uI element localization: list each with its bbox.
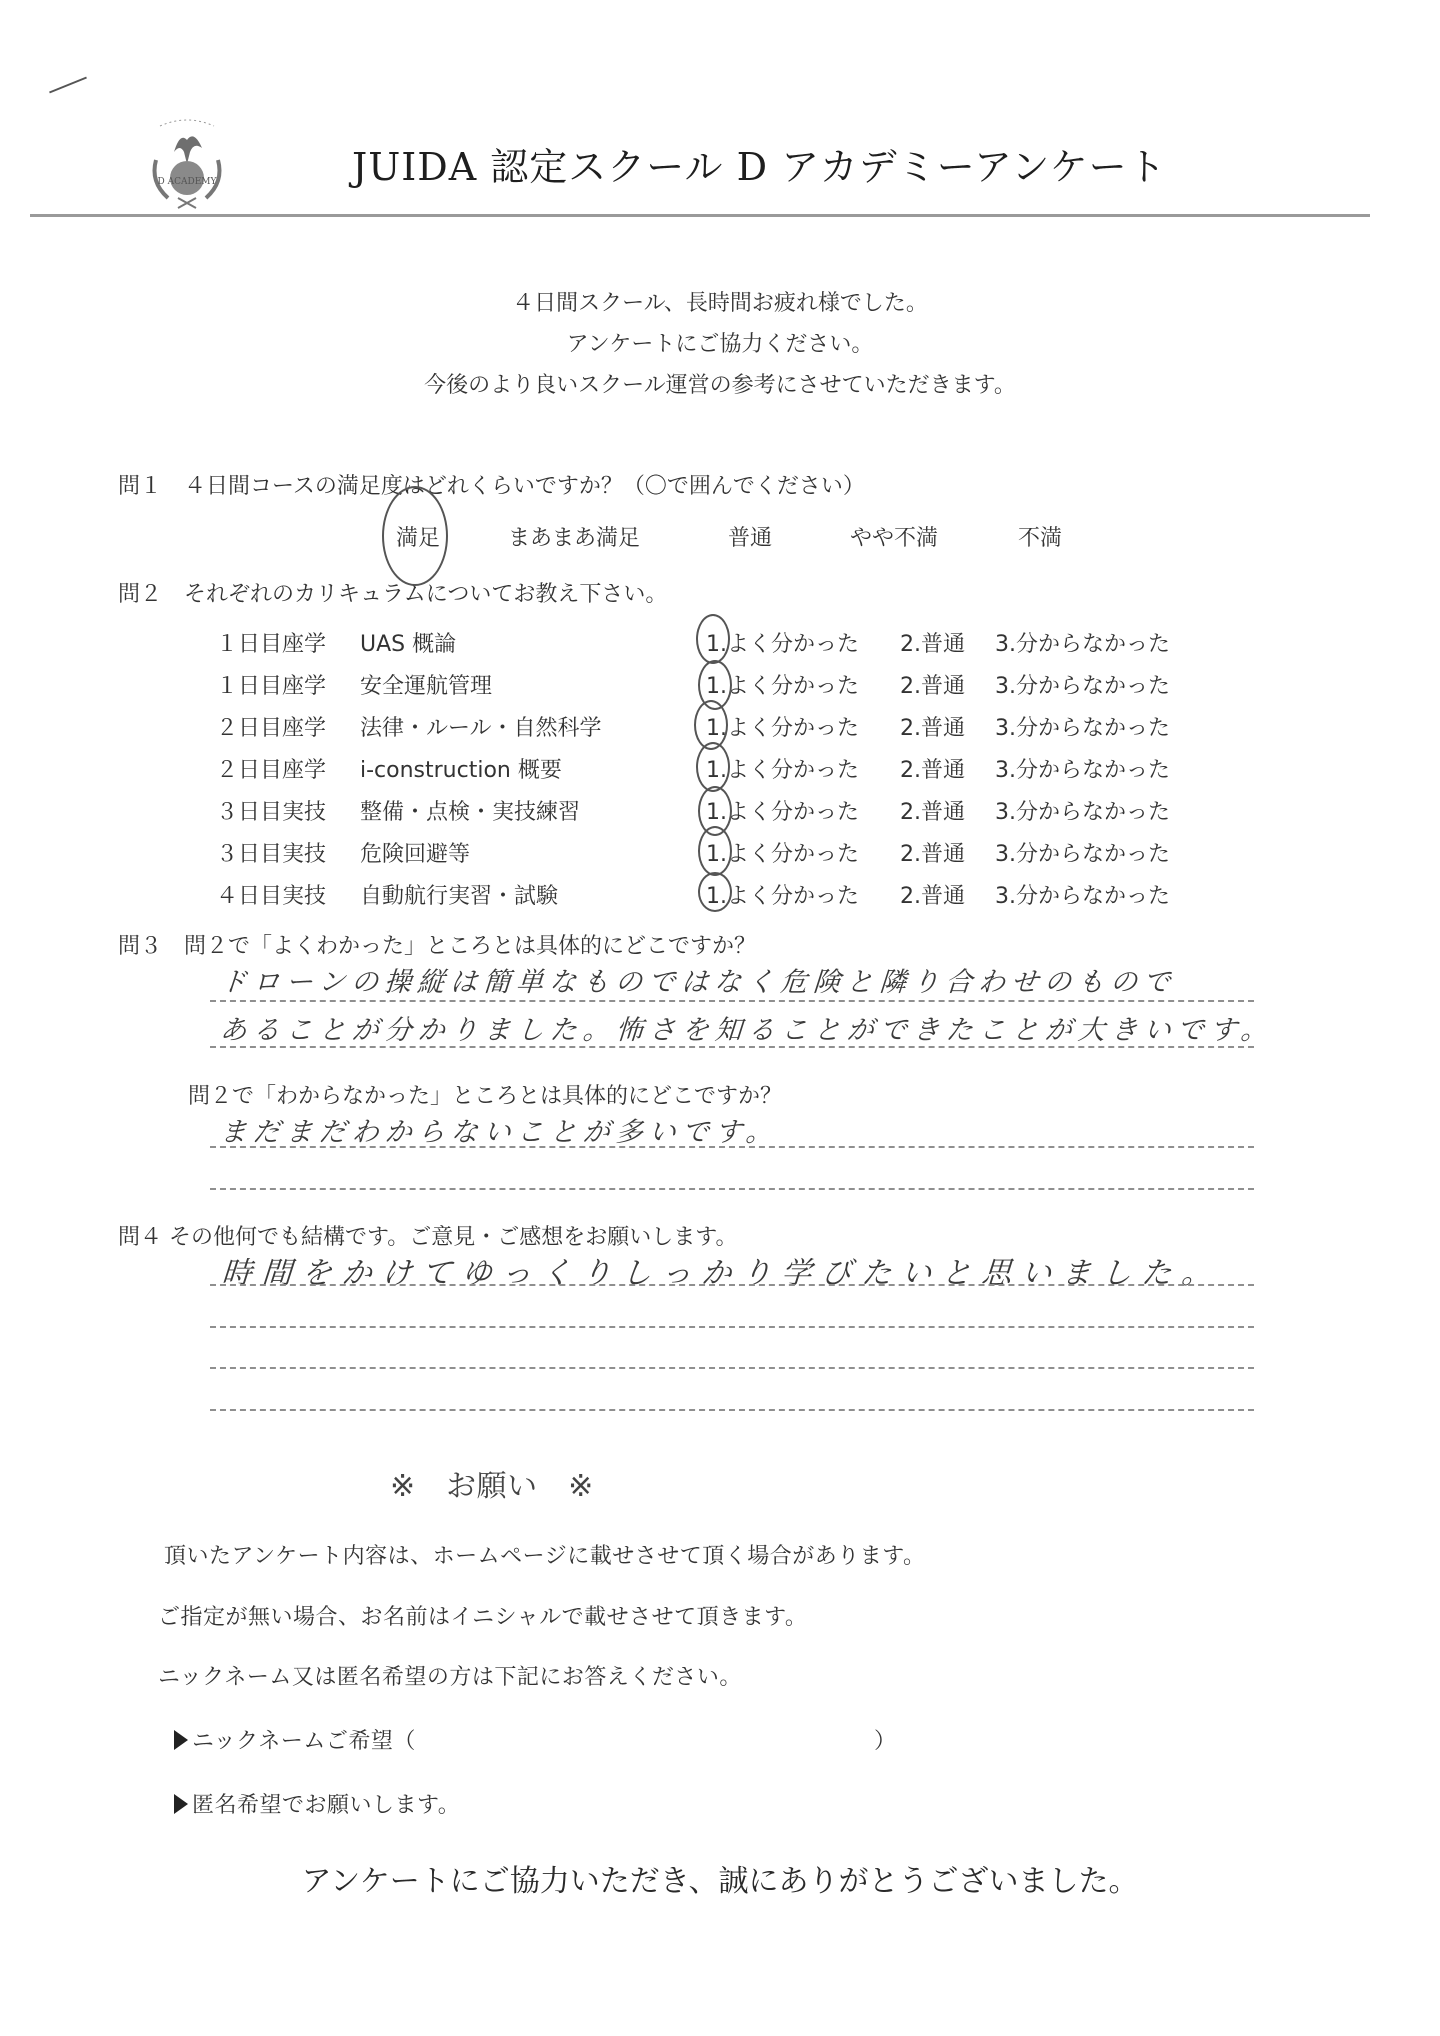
crest-icon: D ACADEMY bbox=[140, 112, 234, 212]
answer-not-understood[interactable]: 3.分からなかった bbox=[995, 753, 1170, 784]
answer-neutral[interactable]: 2.普通 bbox=[900, 795, 965, 826]
svg-text:D ACADEMY: D ACADEMY bbox=[158, 177, 218, 187]
academy-logo: D ACADEMY bbox=[140, 112, 234, 212]
curriculum-day: ２日目座学 bbox=[216, 711, 326, 742]
curriculum-subject: 自動航行実習・試験 bbox=[360, 879, 558, 910]
request-line-1: 頂いたアンケート内容は、ホームページに載せさせて頂く場合があります。 bbox=[164, 1539, 925, 1570]
answer-line-rule bbox=[210, 1409, 1254, 1411]
q3-sub-label: 問２で「わからなかった」ところとは具体的にどこですか？ bbox=[188, 1079, 782, 1110]
nickname-close-paren: ） bbox=[874, 1724, 897, 1755]
answer-neutral[interactable]: 2.普通 bbox=[900, 837, 965, 868]
q3-answer-line-2[interactable]: あることが分かりました。怖さを知ることができたことが大きいです。 bbox=[219, 1008, 1276, 1047]
answer-neutral[interactable]: 2.普通 bbox=[900, 879, 965, 910]
anonymous-option[interactable]: 匿名希望でお願いします。 bbox=[174, 1788, 460, 1819]
intro-line-1: ４日間スクール、長時間お疲れ様でした。 bbox=[0, 286, 1440, 317]
request-heading: ※ お願い ※ bbox=[390, 1461, 594, 1505]
answer-neutral[interactable]: 2.普通 bbox=[900, 627, 965, 658]
q3-sub-answer-line-1[interactable]: まだまだわからないことが多いです。 bbox=[219, 1110, 781, 1149]
answer-not-understood[interactable]: 3.分からなかった bbox=[995, 837, 1170, 868]
closing-message: アンケートにご協力いただき、誠にありがとうございました。 bbox=[0, 1856, 1440, 1900]
answer-not-understood[interactable]: 3.分からなかった bbox=[995, 627, 1170, 658]
answer-understood[interactable]: 1.よく分かった bbox=[706, 669, 859, 700]
answer-understood[interactable]: 1.よく分かった bbox=[706, 837, 859, 868]
curriculum-day: ３日目実技 bbox=[216, 837, 326, 868]
page-title: JUIDA 認定スクール D アカデミーアンケート bbox=[352, 136, 1167, 191]
curriculum-day: ３日目実技 bbox=[216, 795, 326, 826]
answer-line-rule bbox=[210, 1188, 1254, 1190]
curriculum-day: １日目座学 bbox=[216, 627, 326, 658]
triangle-bullet-icon bbox=[174, 1730, 188, 1750]
answer-line-rule bbox=[210, 1326, 1254, 1328]
curriculum-subject: i-construction 概要 bbox=[360, 753, 562, 784]
nickname-label: ニックネームご希望（ bbox=[192, 1729, 416, 1754]
q3-answer-line-1[interactable]: ドローンの操縦は簡単なものではなく危険と隣り合わせのもので bbox=[219, 960, 1178, 999]
nickname-input[interactable] bbox=[470, 1724, 850, 1752]
curriculum-subject: 危険回避等 bbox=[360, 837, 470, 868]
request-line-3: ニックネーム又は匿名希望の方は下記にお答えください。 bbox=[158, 1660, 742, 1691]
answer-understood[interactable]: 1.よく分かった bbox=[706, 795, 859, 826]
q1-option-neutral[interactable]: 普通 bbox=[728, 521, 772, 552]
intro-line-2: アンケートにご協力ください。 bbox=[0, 327, 1440, 358]
q1-option-somewhat-satisfied[interactable]: まあまあ満足 bbox=[508, 521, 640, 552]
curriculum-subject: 整備・点検・実技練習 bbox=[360, 795, 580, 826]
answer-neutral[interactable]: 2.普通 bbox=[900, 669, 965, 700]
request-line-2: ご指定が無い場合、お名前はイニシャルで載せさせて頂きます。 bbox=[158, 1600, 807, 1631]
curriculum-day: ２日目座学 bbox=[216, 753, 326, 784]
pen-mark bbox=[49, 77, 87, 94]
answer-line-rule bbox=[210, 1046, 1254, 1048]
curriculum-subject: UAS 概論 bbox=[360, 627, 456, 658]
nickname-option[interactable]: ニックネームご希望（ bbox=[174, 1724, 416, 1755]
triangle-bullet-icon bbox=[174, 1794, 188, 1814]
answer-understood[interactable]: 1.よく分かった bbox=[706, 753, 859, 784]
q3-label: 問３ 問２で「よくわかった」ところとは具体的にどこですか？ bbox=[118, 929, 756, 960]
answer-line-rule bbox=[210, 1146, 1254, 1148]
answer-neutral[interactable]: 2.普通 bbox=[900, 753, 965, 784]
answer-neutral[interactable]: 2.普通 bbox=[900, 711, 965, 742]
q4-label: 問４ その他何でも結構です。ご意見・ご感想をお願いします。 bbox=[118, 1220, 737, 1251]
answer-understood[interactable]: 1.よく分かった bbox=[706, 711, 859, 742]
intro-line-3: 今後のより良いスクール運営の参考にさせていただきます。 bbox=[0, 368, 1440, 399]
answer-not-understood[interactable]: 3.分からなかった bbox=[995, 879, 1170, 910]
answer-understood[interactable]: 1.よく分かった bbox=[706, 627, 859, 658]
q2-label: 問２ それぞれのカリキュラムについてお教え下さい。 bbox=[118, 577, 667, 608]
curriculum-day: ４日目実技 bbox=[216, 879, 326, 910]
answer-not-understood[interactable]: 3.分からなかった bbox=[995, 711, 1170, 742]
curriculum-subject: 安全運航管理 bbox=[360, 669, 492, 700]
answer-line-rule bbox=[210, 1000, 1254, 1002]
answer-not-understood[interactable]: 3.分からなかった bbox=[995, 669, 1170, 700]
answer-line-rule bbox=[210, 1367, 1254, 1369]
curriculum-subject: 法律・ルール・自然科学 bbox=[360, 711, 602, 742]
answer-line-rule bbox=[210, 1284, 1254, 1286]
header-divider bbox=[30, 214, 1370, 217]
q1-label: 問１ ４日間コースの満足度はどれくらいですか？（〇で囲んでください） bbox=[118, 469, 865, 500]
answer-understood[interactable]: 1.よく分かった bbox=[706, 879, 859, 910]
answer-not-understood[interactable]: 3.分からなかった bbox=[995, 795, 1170, 826]
q1-option-satisfied[interactable]: 満足 bbox=[396, 521, 440, 552]
q1-option-dissatisfied[interactable]: 不満 bbox=[1018, 521, 1062, 552]
curriculum-day: １日目座学 bbox=[216, 669, 326, 700]
anonymous-label: 匿名希望でお願いします。 bbox=[192, 1793, 460, 1818]
q1-option-somewhat-dissatisfied[interactable]: やや不満 bbox=[850, 521, 938, 552]
